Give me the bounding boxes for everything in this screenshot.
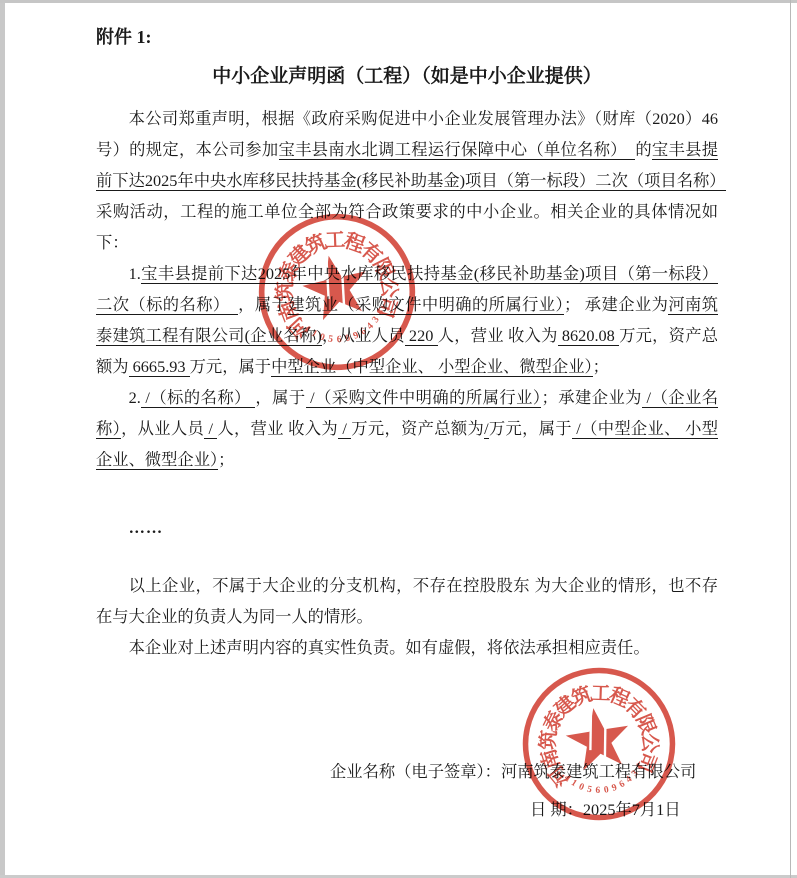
- text-segment: 人，营业 收入为: [217, 419, 338, 438]
- ellipsis-paragraph: ……: [96, 512, 718, 543]
- filled-blank-segment: /（标的名称）: [141, 388, 256, 408]
- closing-paragraph-1: 以上企业，不属于大企业的分支机构，不存在控股股东 为大企业的情形，也不存在与大企…: [96, 570, 718, 632]
- text-segment: ，从业人员: [121, 419, 204, 438]
- page-edge-right: [790, 0, 791, 878]
- text-segment: ； 承建企业为: [564, 295, 668, 314]
- document-page: 附件 1: 中小企业声明函（工程）（如是中小企业提供） 本公司郑重声明，根据《政…: [5, 3, 790, 875]
- text-segment: 人，营业 收入为: [438, 326, 558, 345]
- text-segment: ，属于: [255, 388, 305, 407]
- filled-blank-segment: /: [338, 419, 351, 439]
- text-segment: ；: [218, 450, 234, 469]
- document-content: 附件 1: 中小企业声明函（工程）（如是中小企业提供） 本公司郑重声明，根据《政…: [96, 3, 718, 825]
- text-segment: ，从业人员: [322, 326, 405, 345]
- text-segment: 2.: [129, 388, 141, 407]
- signature-company-line: 企业名称（电子签章）：河南筑泰建筑工程有限公司: [330, 756, 718, 787]
- intro-paragraph: 本公司郑重声明，根据《政府采购促进中小企业发展管理办法》（财库（2020）46号…: [96, 103, 718, 258]
- document-title: 中小企业声明函（工程）（如是中小企业提供）: [96, 63, 718, 91]
- item-2-paragraph: 2. /（标的名称） ，属于 /（采购文件中明确的所属行业）；承建企业为 /（企…: [96, 382, 718, 475]
- text-segment: 的: [635, 140, 652, 159]
- text-segment: ，属于: [238, 295, 288, 314]
- attachment-label: 附件 1:: [96, 25, 718, 49]
- text-segment: 采购活动，工程的施工单位全部为符合政策要求的中小企业。相关企业的具体情况如下：: [96, 202, 718, 252]
- filled-blank-segment: 宝丰县南水北调工程运行保障中心（单位名称）: [279, 140, 636, 160]
- signature-date-line: 日 期：2025年7月1日: [530, 794, 718, 825]
- page-edge-left: [0, 0, 5, 878]
- page-edge-top: [0, 0, 797, 3]
- filled-blank-segment: 8620.08: [558, 326, 620, 346]
- filled-blank-segment: /: [204, 419, 217, 439]
- text-segment: ；: [593, 357, 609, 376]
- text-segment: 以上企业，不属于大企业的分支机构，不存在控股股东 为大企业的情形，也不存在与大企…: [96, 576, 718, 626]
- text-segment: 本企业对上述声明内容的真实性负责。如有虚假，将依法承担相应责任。: [129, 638, 650, 657]
- signature-block: 企业名称（电子签章）：河南筑泰建筑工程有限公司 日 期：2025年7月1日: [96, 756, 718, 825]
- text-segment: ；承建企业为: [541, 388, 641, 407]
- text-segment: 1.: [129, 264, 141, 283]
- text-segment: ……: [129, 518, 164, 537]
- text-segment: 万元，属于: [489, 419, 572, 438]
- closing-paragraph-2: 本企业对上述声明内容的真实性负责。如有虚假，将依法承担相应责任。: [96, 632, 718, 663]
- signature-company-name: 河南筑泰建筑工程有限公司: [501, 762, 696, 781]
- filled-blank-segment: 220: [405, 326, 438, 346]
- filled-blank-segment: 中型企业（中型企业、 小型企业、微型企业）: [271, 357, 593, 377]
- filled-blank-segment: /（采购文件中明确的所属行业）: [306, 388, 542, 408]
- document-body: 本公司郑重声明，根据《政府采购促进中小企业发展管理办法》（财库（2020）46号…: [96, 103, 718, 663]
- text-segment: 万元，属于: [190, 357, 271, 376]
- filled-blank-segment: 建筑业（采购文件中明确的所属行业）: [288, 295, 564, 315]
- filled-blank-segment: 6665.93: [129, 357, 190, 377]
- item-1-paragraph: 1.宝丰县提前下达2025年中央水库移民扶持基金(移民补助基金)项目（第一标段）…: [96, 258, 718, 382]
- signature-company-label: 企业名称（电子签章）：: [330, 762, 501, 781]
- text-segment: 万元，资产总额为: [351, 419, 484, 438]
